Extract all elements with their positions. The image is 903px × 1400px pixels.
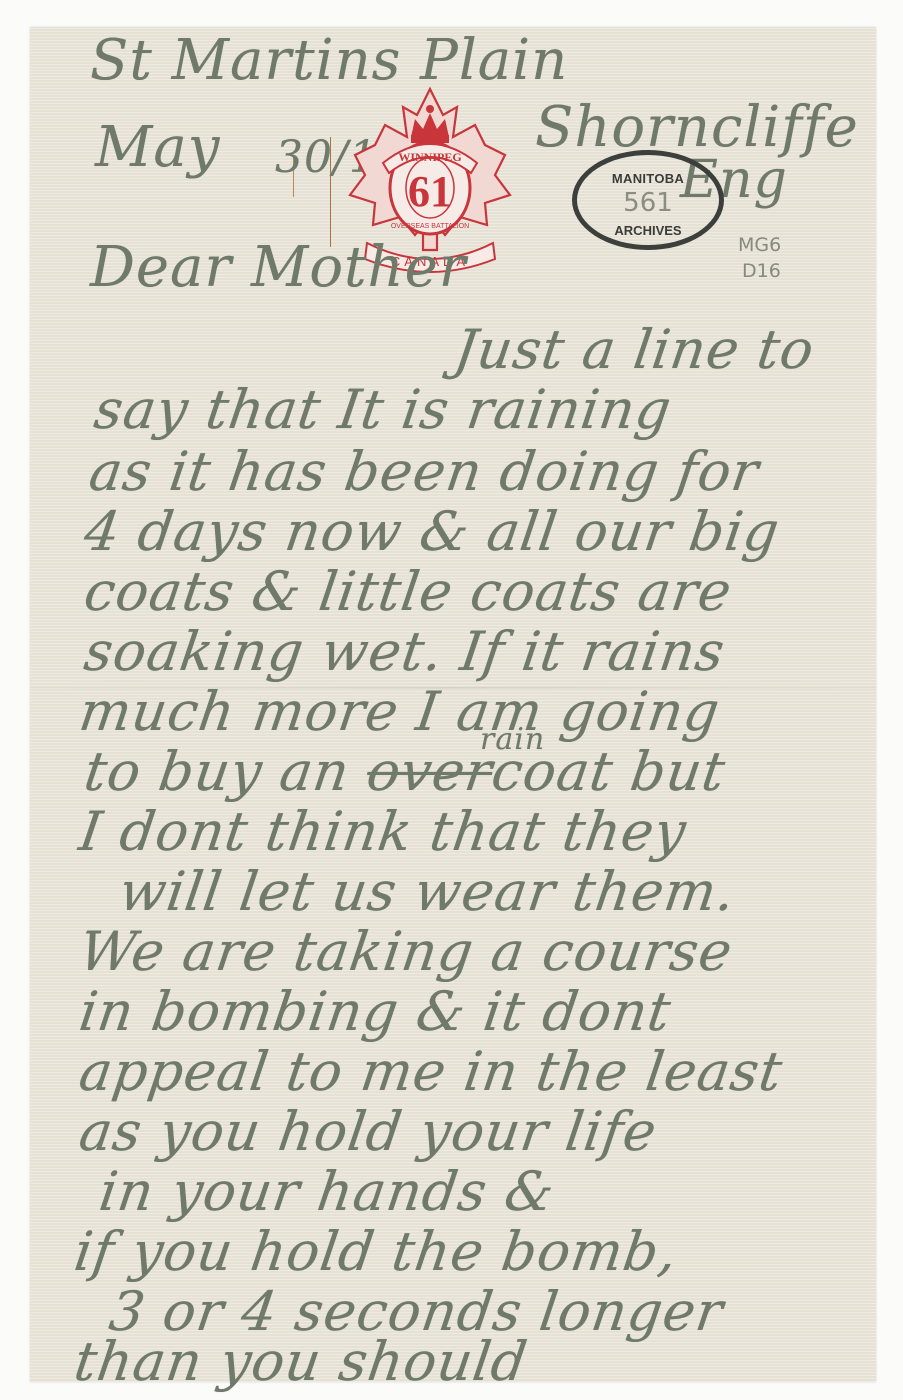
body-line-15: in your hands & (96, 1160, 559, 1223)
body-line-4: 4 days now & all our big (81, 500, 784, 563)
body-line-14: as you hold your life (76, 1100, 661, 1163)
body-line-13: appeal to me in the least (76, 1040, 787, 1103)
body-line-1: Just a line to (451, 318, 819, 381)
stamp-bottom-text: ARCHIVES (577, 223, 719, 238)
stamp-number: 561 (577, 188, 719, 218)
body-line-8-end: coat but (488, 740, 730, 803)
body-line-12: in bombing & it dont (76, 980, 676, 1043)
svg-text:WINNIPEG: WINNIPEG (398, 150, 461, 164)
place-line-1: St Martins Plain (90, 28, 568, 93)
salutation: Dear Mother (90, 235, 467, 300)
stamp-top-text: MANITOBA (577, 171, 719, 186)
date-month: May (95, 115, 220, 180)
body-line-5: coats & little coats are (81, 560, 736, 623)
catalog-note: MG6 D16 (738, 232, 781, 284)
body-line-6: soaking wet. If it rains (81, 620, 729, 683)
body-line-9: I dont think that they (76, 800, 691, 863)
body-line-3: as it has been doing for (86, 440, 764, 503)
body-line-10: will let us wear them. (116, 860, 740, 923)
body-line-18: than you should (71, 1330, 532, 1393)
body-line-16: if you hold the bomb, (71, 1220, 682, 1283)
catalog-line-2: D16 (738, 258, 781, 284)
body-line-8: to buy an overcoat but (81, 740, 730, 803)
body-line-2: say that It is raining (91, 378, 676, 441)
body-line-11: We are taking a course (76, 920, 737, 983)
struck-word: over (363, 740, 497, 803)
body-line-7: much more I am going (76, 680, 724, 743)
catalog-line-1: MG6 (738, 232, 781, 258)
svg-text:61: 61 (408, 167, 452, 216)
body-line-8-start: to buy an (81, 740, 354, 803)
svg-text:OVERSEAS BATTALION: OVERSEAS BATTALION (391, 223, 469, 230)
crown-icon (411, 105, 449, 143)
archive-stamp: MANITOBA 561 ARCHIVES (572, 150, 724, 250)
